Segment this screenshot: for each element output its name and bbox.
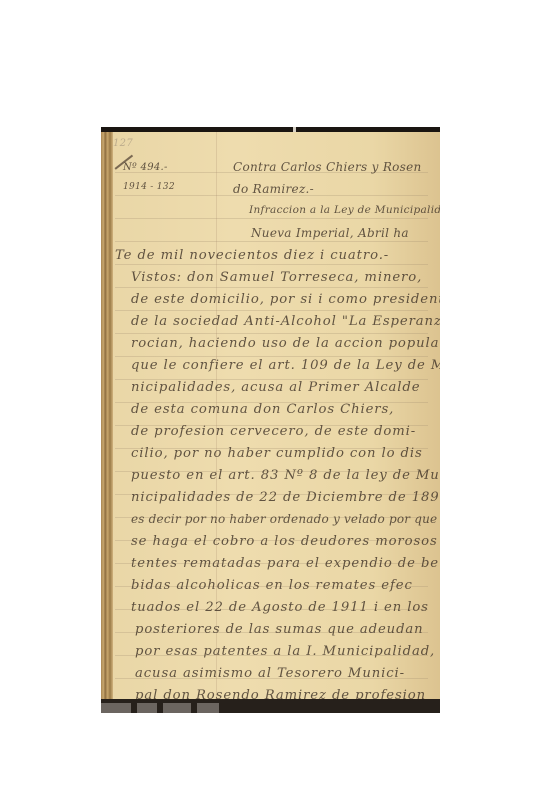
body-line: posteriores de las sumas que adeudan <box>135 622 424 637</box>
frame-tab <box>101 703 131 713</box>
frame-tab <box>163 703 191 713</box>
book-binding <box>101 132 113 702</box>
ruled-lines <box>115 132 428 702</box>
scanned-page-image: 127 Nº 494.- 1914 - 132 Contra Carlos Ch… <box>101 127 440 713</box>
frame-tab <box>197 703 219 713</box>
body-line: de profesion cervecero, de este domi- <box>131 424 416 439</box>
body-line: rocian, haciendo uso de la accion popula… <box>131 336 440 351</box>
body-line: de este domicilio, por si i como preside… <box>131 292 440 307</box>
body-line: Te de mil novecientos diez i cuatro.- <box>115 248 389 263</box>
margin-line <box>216 132 217 702</box>
body-line: es decir por no haber ordenado y velado … <box>131 512 437 526</box>
heading-line: Nueva Imperial, Abril ha <box>251 226 409 240</box>
body-line: bidas alcoholicas en los remates efec <box>131 578 413 593</box>
body-line: tentes rematadas para el expendio de be <box>131 556 439 571</box>
body-line: puesto en el art. 83 Nº 8 de la ley de M… <box>131 468 440 483</box>
body-line: acusa asimismo al Tesorero Munici- <box>135 666 405 681</box>
body-line: Vistos: don Samuel Torreseca, minero, <box>131 270 422 285</box>
heading-line: Infraccion a la Ley de Municipalidades.- <box>249 204 440 216</box>
body-line: que le confiere el art. 109 de la Ley de… <box>131 358 440 373</box>
body-line: por esas patentes a la I. Municipalidad, <box>135 644 435 659</box>
folio-number: 127 <box>113 138 133 149</box>
frame-tab <box>137 703 157 713</box>
body-line: de esta comuna don Carlos Chiers, <box>131 402 394 417</box>
entry-reference: 1914 - 132 <box>123 182 175 192</box>
body-line: tuados el 22 de Agosto de 1911 i en los <box>131 600 429 615</box>
body-line: se haga el cobro a los deudores morosos … <box>131 534 440 549</box>
bottom-frame-edge <box>101 699 440 713</box>
heading-line: do Ramirez.- <box>233 182 314 196</box>
body-line: nicipalidades, acusa al Primer Alcalde <box>131 380 420 395</box>
heading-line: Contra Carlos Chiers y Rosen <box>233 160 422 174</box>
document-viewer: 127 Nº 494.- 1914 - 132 Contra Carlos Ch… <box>0 0 533 800</box>
body-line: nicipalidades de 22 de Diciembre de 1891 <box>131 490 440 505</box>
body-line: de la sociedad Anti-Alcohol "La Esperanz… <box>131 314 440 329</box>
entry-number: Nº 494.- <box>123 162 168 173</box>
ledger-page: 127 Nº 494.- 1914 - 132 Contra Carlos Ch… <box>101 132 440 702</box>
body-line: cilio, por no haber cumplido con lo dis <box>131 446 423 461</box>
